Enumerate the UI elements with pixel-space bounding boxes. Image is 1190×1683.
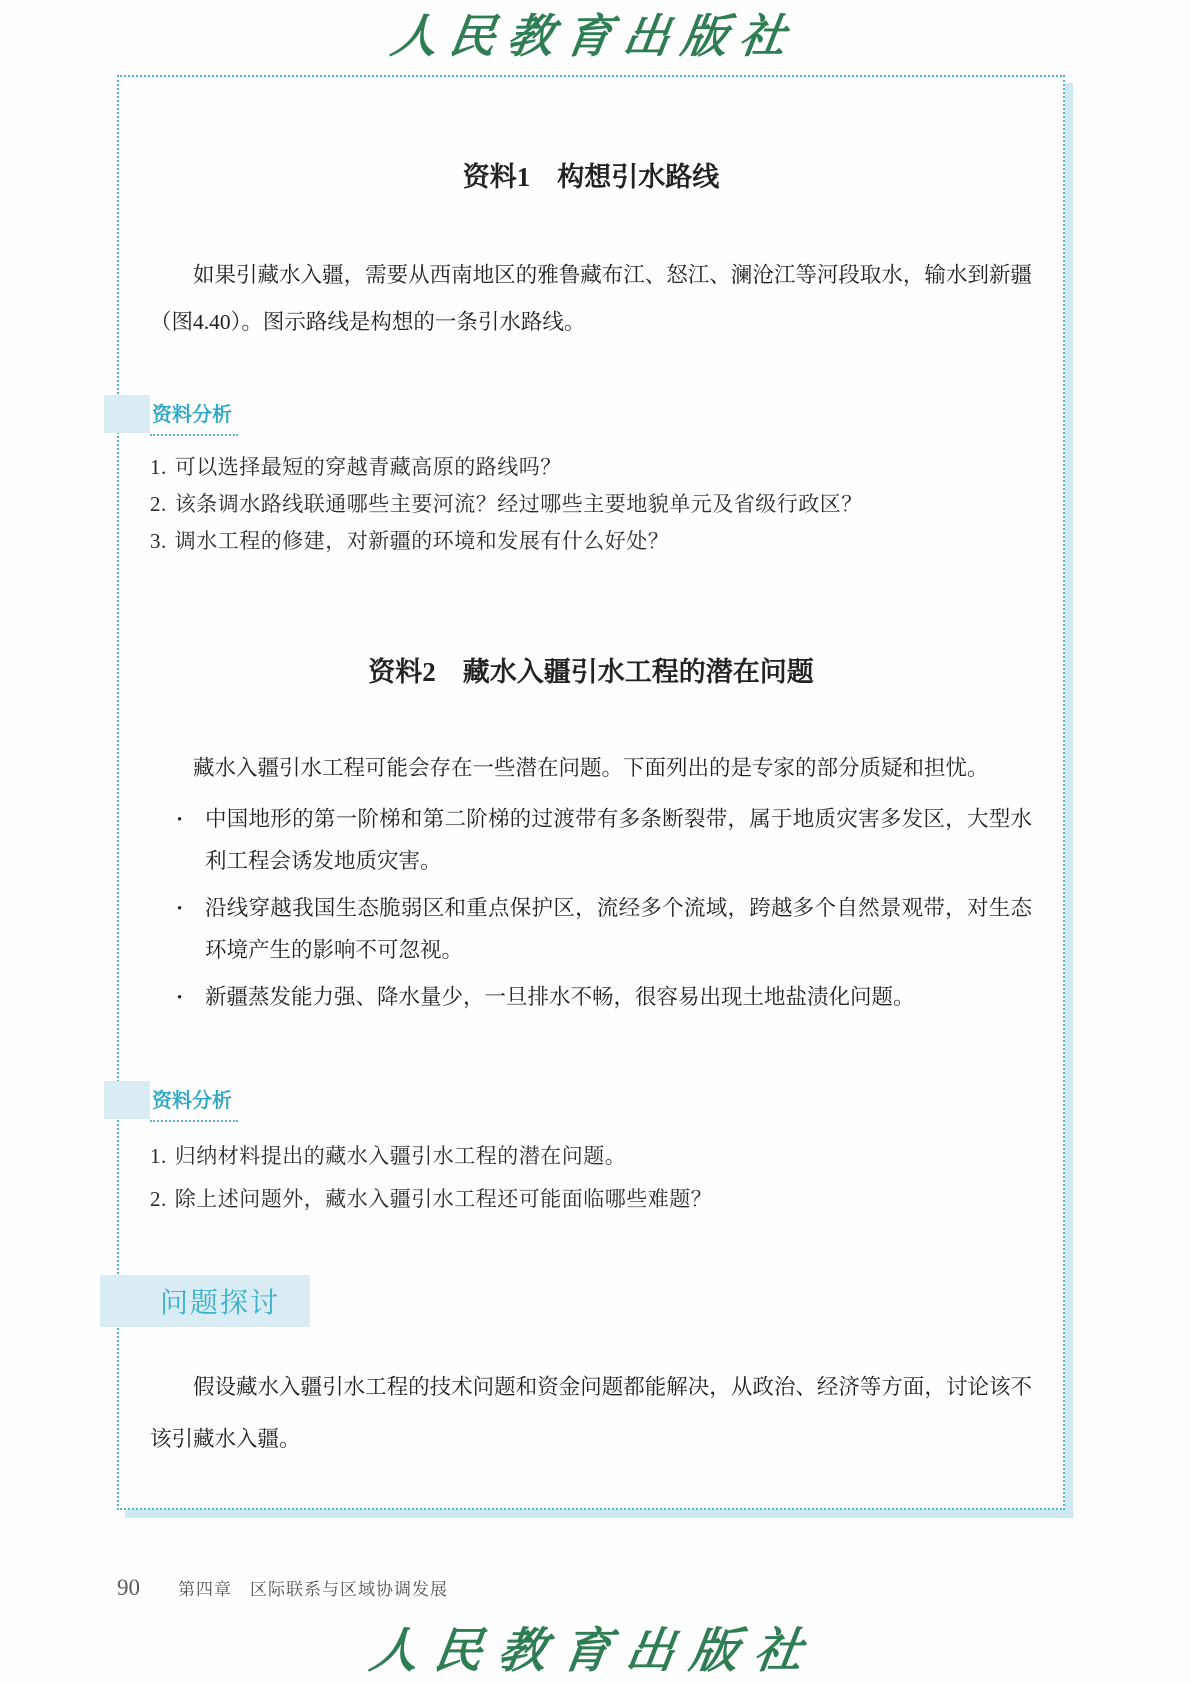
question-number: 3. (150, 529, 167, 553)
question-item: 1.归纳材料提出的藏水入疆引水工程的潜在问题。 (150, 1136, 1032, 1176)
bullet-marker: · (150, 887, 205, 971)
bullet-item: · 沿线穿越我国生态脆弱区和重点保护区，流经多个流域，跨越多个自然景观带，对生态… (150, 887, 1032, 971)
bullet-item: · 新疆蒸发能力强、降水量少，一旦排水不畅，很容易出现土地盐渍化问题。 (150, 976, 1032, 1018)
question-text: 调水工程的修建，对新疆的环境和发展有什么好处？ (175, 529, 670, 553)
question-text: 该条调水路线联通哪些主要河流？经过哪些主要地貌单元及省级行政区？ (175, 492, 863, 516)
bullet-marker: · (150, 798, 205, 882)
section1-paragraph: 如果引藏水入疆，需要从西南地区的雅鲁藏布江、怒江、澜沧江等河段取水，输水到新疆（… (150, 252, 1032, 346)
bullet-text: 中国地形的第一阶梯和第二阶梯的过渡带有多条断裂带，属于地质灾害多发区，大型水利工… (205, 798, 1032, 882)
textbook-page: 人民教育出版社 资料1 构想引水路线 如果引藏水入疆，需要从西南地区的雅鲁藏布江… (0, 0, 1190, 1683)
analysis-questions-2: 1.归纳材料提出的藏水入疆引水工程的潜在问题。 2.除上述问题外，藏水入疆引水工… (150, 1136, 1032, 1219)
page-number: 90 (117, 1575, 140, 1601)
bullet-item: · 中国地形的第一阶梯和第二阶梯的过渡带有多条断裂带，属于地质灾害多发区，大型水… (150, 798, 1032, 882)
question-number: 2. (150, 492, 167, 516)
content-box: 资料1 构想引水路线 如果引藏水入疆，需要从西南地区的雅鲁藏布江、怒江、澜沧江等… (117, 75, 1065, 1510)
question-item: 2.除上述问题外，藏水入疆引水工程还可能面临哪些难题？ (150, 1179, 1032, 1219)
analysis-square-icon (104, 1081, 150, 1119)
bullet-text: 沿线穿越我国生态脆弱区和重点保护区，流经多个流域，跨越多个自然景观带，对生态环境… (205, 887, 1032, 971)
bullet-text: 新疆蒸发能力强、降水量少，一旦排水不畅，很容易出现土地盐渍化问题。 (205, 976, 1032, 1018)
analysis-questions-1: 1.可以选择最短的穿越青藏高原的路线吗？ 2.该条调水路线联通哪些主要河流？经过… (150, 450, 1032, 558)
section1-title: 资料1 构想引水路线 (150, 155, 1032, 194)
analysis-block-2-header: 资料分析 (150, 1084, 1032, 1126)
question-number: 2. (150, 1187, 167, 1211)
section2-title: 资料2 藏水入疆引水工程的潜在问题 (150, 650, 1032, 689)
page-footer: 90 第四章 区际联系与区域协调发展 (117, 1575, 448, 1601)
section2-paragraph: 藏水入疆引水工程可能会存在一些潜在问题。下面列出的是专家的部分质疑和担忧。 (150, 745, 1032, 792)
discussion-banner: 问题探讨 (100, 1275, 310, 1327)
analysis-block-1-header: 资料分析 (150, 398, 1032, 440)
question-text: 归纳材料提出的藏水入疆引水工程的潜在问题。 (175, 1144, 627, 1168)
question-item: 3.调水工程的修建，对新疆的环境和发展有什么好处？ (150, 524, 1032, 558)
publisher-watermark-top: 人民教育出版社 (0, 0, 1190, 66)
bullet-marker: · (150, 976, 205, 1018)
discussion-paragraph: 假设藏水入疆引水工程的技术问题和资金问题都能解决，从政治、经济等方面，讨论该不该… (150, 1361, 1032, 1465)
question-item: 2.该条调水路线联通哪些主要河流？经过哪些主要地貌单元及省级行政区？ (150, 487, 1032, 521)
discussion-label: 问题探讨 (160, 1281, 280, 1321)
question-number: 1. (150, 1144, 167, 1168)
publisher-watermark-bottom: 人民教育出版社 (0, 1612, 1190, 1681)
analysis-square-icon (104, 395, 150, 433)
analysis-label-1: 资料分析 (150, 398, 238, 436)
question-text: 除上述问题外，藏水入疆引水工程还可能面临哪些难题？ (175, 1187, 713, 1211)
question-item: 1.可以选择最短的穿越青藏高原的路线吗？ (150, 450, 1032, 484)
section2-bullet-list: · 中国地形的第一阶梯和第二阶梯的过渡带有多条断裂带，属于地质灾害多发区，大型水… (150, 798, 1032, 1018)
question-number: 1. (150, 455, 167, 479)
chapter-title: 第四章 区际联系与区域协调发展 (178, 1575, 448, 1600)
analysis-label-2: 资料分析 (150, 1084, 238, 1122)
question-text: 可以选择最短的穿越青藏高原的路线吗？ (175, 455, 562, 479)
